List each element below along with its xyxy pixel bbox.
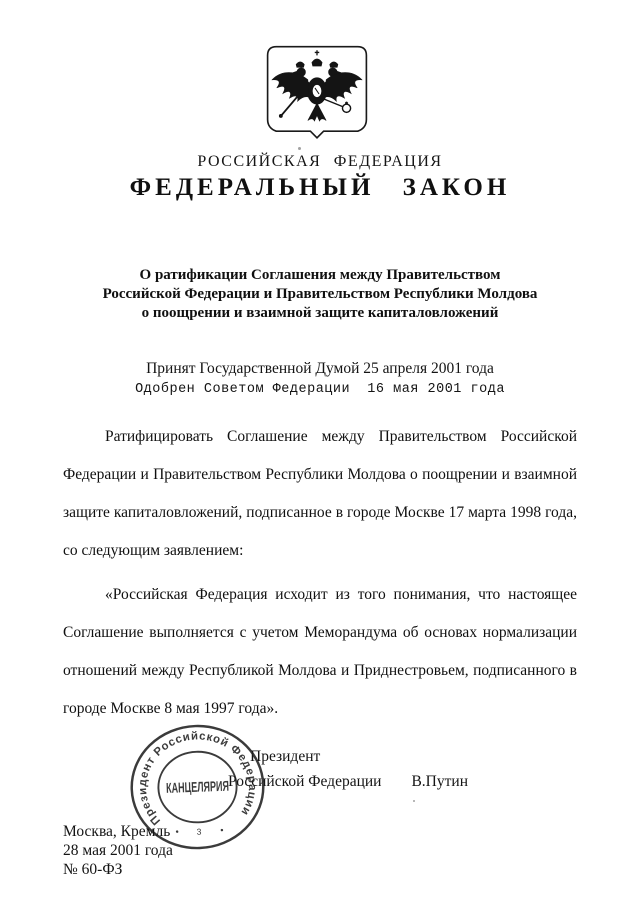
stamp-bottom-mark: 3 <box>196 827 201 837</box>
body-paragraph-1: Ратифицировать Соглашение между Правител… <box>63 418 577 570</box>
signature-name: В.Путин <box>411 773 468 790</box>
footer-block: Москва, Кремль 28 мая 2001 года № 60-ФЗ <box>63 822 173 879</box>
approved-by-council-line: Одобрен Советом Федерации 16 мая 2001 го… <box>0 378 640 401</box>
footer-number: № 60-ФЗ <box>63 860 173 879</box>
body-paragraph-2: «Российская Федерация исходит из того по… <box>63 576 577 728</box>
scan-speck <box>298 147 301 150</box>
adopted-by-duma-line: Принят Государственной Думой 25 апреля 2… <box>0 359 640 378</box>
stamp-center-text: КАНЦЕЛЯРИЯ <box>166 779 229 797</box>
header-country: РОССИЙСКАЯ ФЕДЕРАЦИЯ <box>0 153 640 171</box>
header-document-type: ФЕДЕРАЛЬНЫЙ ЗАКОН <box>0 174 640 202</box>
russian-coat-of-arms-icon <box>262 43 372 143</box>
footer-date: 28 мая 2001 года <box>63 841 173 860</box>
law-title-line-2: Российской Федерации и Правительством Ре… <box>40 285 600 304</box>
scanned-law-page: РОССИЙСКАЯ ФЕДЕРАЦИЯ ФЕДЕРАЛЬНЫЙ ЗАКОН О… <box>0 0 640 900</box>
adoption-block: Принят Государственной Думой 25 апреля 2… <box>0 359 640 401</box>
scan-speck <box>413 800 415 802</box>
law-title: О ратификации Соглашения между Правитель… <box>40 266 600 323</box>
law-body: Ратифицировать Соглашение между Правител… <box>63 418 577 728</box>
law-title-line-3: о поощрении и взаимной защите капиталовл… <box>40 304 600 323</box>
footer-place: Москва, Кремль <box>63 822 173 841</box>
law-title-line-1: О ратификации Соглашения между Правитель… <box>40 266 600 285</box>
